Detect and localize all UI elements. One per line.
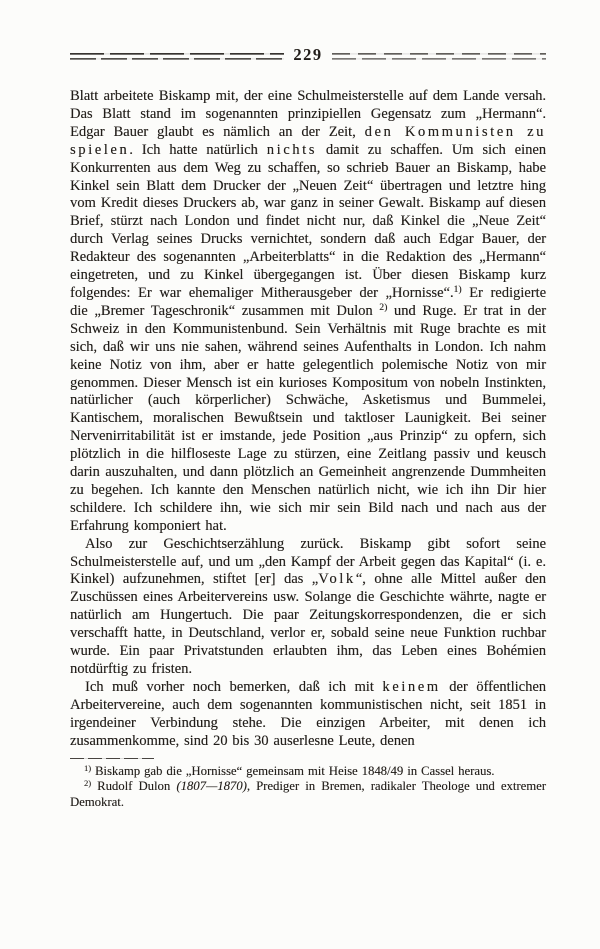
text-run: Biskamp gab die „Hornisse“ gemeinsam mit… bbox=[91, 764, 494, 778]
text-run: damit zu schaffen. Um sich einen Konkurr… bbox=[70, 142, 546, 301]
footnote-marker: 1) bbox=[84, 763, 91, 772]
text-run: (1807—1870) bbox=[176, 779, 246, 793]
text-run: Ich muß vorher noch bemerken, daß ich mi… bbox=[85, 679, 382, 695]
text-run: und Ruge. Er trat in der Schweiz in den … bbox=[70, 303, 546, 534]
footnote-marker: 2) bbox=[84, 779, 91, 788]
footnotes-list: 1) Biskamp gab die „Hornisse“ gemeinsam … bbox=[70, 764, 546, 811]
text-run: Volk bbox=[318, 571, 356, 587]
footnote-separator-rule bbox=[70, 758, 154, 760]
body-paragraph: Ich muß vorher noch bemerken, daß ich mi… bbox=[70, 679, 546, 751]
header-rule-right bbox=[332, 53, 546, 60]
page-content: 229 Blatt arbeitete Biskamp mit, der ein… bbox=[70, 47, 546, 811]
header-rule-left bbox=[70, 53, 284, 60]
text-run: keinem bbox=[382, 679, 440, 695]
body-paragraph: Also zur Geschichtserzählung zurück. Bis… bbox=[70, 536, 546, 679]
text-run: . Ich hatte natürlich bbox=[129, 142, 266, 158]
body-paragraph: Blatt arbeitete Biskamp mit, der eine Sc… bbox=[70, 88, 546, 536]
book-page: 229 Blatt arbeitete Biskamp mit, der ein… bbox=[0, 0, 600, 949]
page-number: 229 bbox=[284, 47, 331, 64]
body-text: Blatt arbeitete Biskamp mit, der eine Sc… bbox=[70, 88, 546, 751]
running-head: 229 bbox=[70, 47, 546, 65]
footnote-item: 2) Rudolf Dulon (1807—1870), Prediger in… bbox=[70, 779, 546, 810]
footnote-marker: 1) bbox=[454, 284, 462, 295]
text-run: nichts bbox=[267, 142, 317, 158]
footnote-item: 1) Biskamp gab die „Hornisse“ gemeinsam … bbox=[70, 764, 546, 780]
text-run: Rudolf Dulon bbox=[91, 779, 176, 793]
